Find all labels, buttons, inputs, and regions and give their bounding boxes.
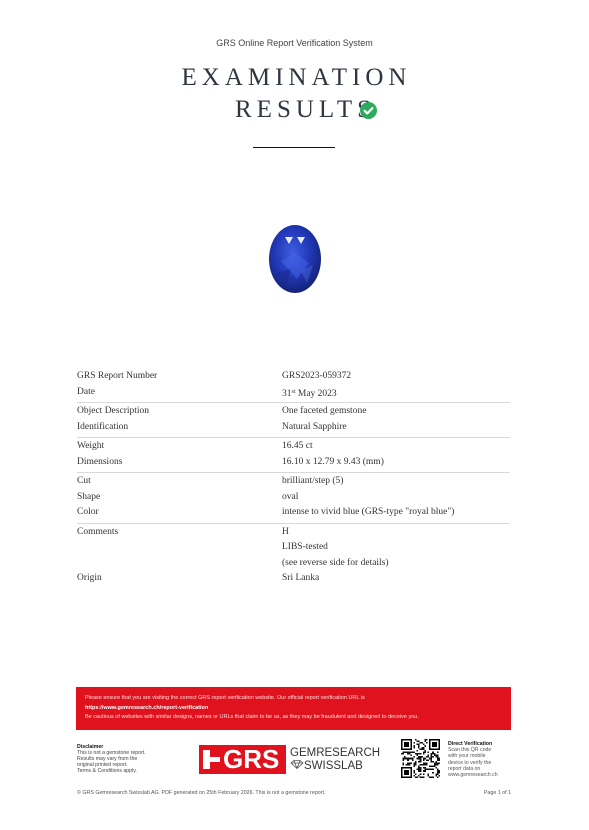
field-value: One faceted gemstone bbox=[282, 404, 510, 420]
field-label bbox=[77, 556, 282, 572]
page-number: Page 1 of 1 bbox=[484, 790, 511, 796]
report-row: Weight 16.45 ct bbox=[77, 439, 510, 455]
field-value: (see reverse side for details) bbox=[282, 556, 510, 572]
report-row: Origin Sri Lanka bbox=[77, 571, 510, 587]
report-row: Identification Natural Sapphire bbox=[77, 420, 510, 436]
system-name: GRS Online Report Verification System bbox=[0, 38, 589, 48]
field-value: GRS2023-059372 bbox=[282, 369, 510, 385]
field-value: brilliant/step (5) bbox=[282, 474, 510, 490]
page-title-line1: EXAMINATION bbox=[0, 64, 589, 92]
field-label: Color bbox=[77, 505, 282, 521]
gemstone-image bbox=[267, 223, 323, 295]
field-label: Cut bbox=[77, 474, 282, 490]
verification-url-link[interactable]: https://www.gemresearch.ch/report-verifi… bbox=[85, 704, 511, 714]
report-group: Cut brilliant/step (5) Shape oval Color … bbox=[77, 473, 510, 524]
field-value: Natural Sapphire bbox=[282, 420, 510, 436]
field-label: Identification bbox=[77, 420, 282, 436]
logo-wordmark: GEMRESEARCH SWISSLAB bbox=[290, 747, 380, 772]
direct-verification-title: Direct Verification bbox=[448, 741, 492, 747]
report-row: Shape oval bbox=[77, 490, 510, 506]
field-label: Shape bbox=[77, 490, 282, 506]
field-label: Origin bbox=[77, 571, 282, 587]
field-value: H bbox=[282, 525, 510, 541]
copyright: © GRS Gemresearch Swisslab AG. PDF gener… bbox=[77, 790, 325, 796]
report-row: Object Description One faceted gemstone bbox=[77, 404, 510, 420]
report-row: LIBS-tested bbox=[77, 540, 510, 556]
field-label: Date bbox=[77, 385, 282, 401]
report-row: GRS Report Number GRS2023-059372 bbox=[77, 369, 510, 385]
warning-line1: Please ensure that you are visiting the … bbox=[85, 694, 511, 704]
report-row: Date 31st May 2023 bbox=[77, 385, 510, 401]
disclaimer: Disclaimer This is not a gemstone report… bbox=[77, 744, 177, 774]
report-row: Dimensions 16.10 x 12.79 x 9.43 (mm) bbox=[77, 455, 510, 471]
report-row: (see reverse side for details) bbox=[77, 556, 510, 572]
field-value: Sri Lanka bbox=[282, 571, 510, 587]
diamond-icon bbox=[290, 760, 304, 769]
field-label: GRS Report Number bbox=[77, 369, 282, 385]
title-divider bbox=[253, 147, 335, 148]
warning-line3: Be cautious of websites with similar des… bbox=[85, 713, 511, 723]
report-row: Comments H bbox=[77, 525, 510, 541]
security-warning-banner: Please ensure that you are visiting the … bbox=[76, 687, 511, 730]
field-label: Object Description bbox=[77, 404, 282, 420]
field-label: Dimensions bbox=[77, 455, 282, 471]
field-value: intense to vivid blue (GRS-type "royal b… bbox=[282, 505, 510, 521]
report-group: Comments H LIBS-tested (see reverse side… bbox=[77, 524, 510, 589]
report-row: Cut brilliant/step (5) bbox=[77, 474, 510, 490]
field-label bbox=[77, 540, 282, 556]
field-value: 16.10 x 12.79 x 9.43 (mm) bbox=[282, 455, 510, 471]
field-value: oval bbox=[282, 490, 510, 506]
field-value: 31st May 2023 bbox=[282, 385, 510, 401]
qr-code[interactable] bbox=[401, 739, 440, 778]
report-group: Weight 16.45 ct Dimensions 16.10 x 12.79… bbox=[77, 438, 510, 473]
direct-verification: Direct Verification Scan this QR code wi… bbox=[448, 741, 518, 778]
report-row: Color intense to vivid blue (GRS-type "r… bbox=[77, 505, 510, 521]
logo-mark: GRS bbox=[199, 745, 286, 774]
swiss-cross-icon bbox=[203, 750, 220, 769]
page-title-line2: RESULTS bbox=[235, 96, 376, 124]
field-value: 16.45 ct bbox=[282, 439, 510, 455]
field-label: Comments bbox=[77, 525, 282, 541]
check-circle-icon bbox=[360, 102, 377, 119]
report-table: GRS Report Number GRS2023-059372 Date 31… bbox=[77, 368, 510, 589]
field-label: Weight bbox=[77, 439, 282, 455]
report-group: GRS Report Number GRS2023-059372 Date 31… bbox=[77, 368, 510, 403]
field-value: LIBS-tested bbox=[282, 540, 510, 556]
report-group: Object Description One faceted gemstone … bbox=[77, 403, 510, 438]
footer: © GRS Gemresearch Swisslab AG. PDF gener… bbox=[77, 790, 511, 796]
